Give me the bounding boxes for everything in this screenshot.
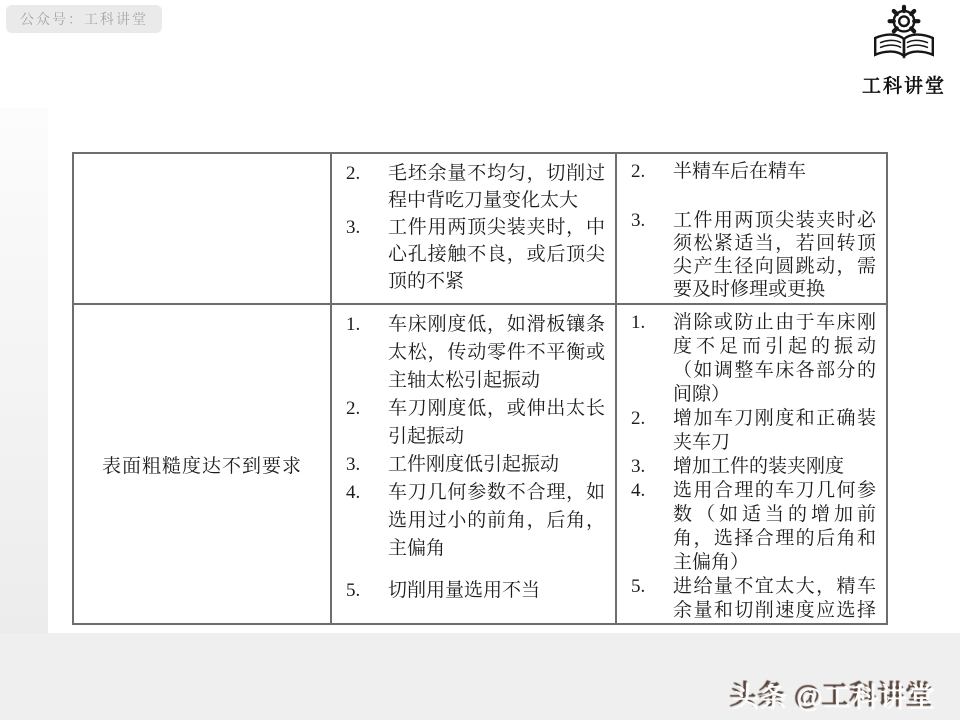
- table-cell-problem-row1: [74, 154, 330, 303]
- list-number: 3.: [631, 209, 673, 301]
- table-cell-remedies-row2: 1. 消除或防止由于车床刚度不足而引起的振动（如调整车床各部分的间隙） 2. 增…: [615, 303, 886, 623]
- list-text: 工件刚度低引起振动: [388, 451, 605, 479]
- table-cell-problem-row2: 表面粗糙度达不到要求: [74, 303, 330, 623]
- list-text: 车刀几何参数不合理，如选用过小的前角，后角，主偏角: [388, 479, 605, 563]
- list-number: 4.: [346, 479, 388, 563]
- list-text: 选用合理的车刀几何参数（如适当的增加前角，选择合理的后角和主偏角）: [673, 479, 876, 575]
- slide-canvas: 公众号：工科讲堂: [0, 0, 960, 720]
- cause-item: 3. 工件刚度低引起振动: [346, 451, 605, 479]
- list-number: 1.: [346, 311, 388, 395]
- remedy-item: 4. 选用合理的车刀几何参数（如适当的增加前角，选择合理的后角和主偏角）: [631, 479, 876, 575]
- list-number: 5.: [631, 575, 673, 623]
- list-number: 3.: [346, 214, 388, 295]
- toutiao-watermark: 头条 @工科讲堂: [732, 676, 936, 715]
- list-text: 工件用两顶尖装夹时必须松紧适当，若回转顶尖产生径向圆跳动，需要及时修理或更换: [673, 209, 876, 301]
- list-text: 车床刚度低，如滑板镶条太松，传动零件不平衡或主轴太松引起振动: [388, 311, 605, 395]
- cause-item: 1. 车床刚度低，如滑板镶条太松，传动零件不平衡或主轴太松引起振动: [346, 311, 605, 395]
- list-number: 2.: [631, 407, 673, 455]
- list-text: 增加车刀刚度和正确装夹车刀: [673, 407, 876, 455]
- brand-logo: 工科讲堂: [856, 2, 952, 98]
- list-text: 切削用量选用不当: [388, 577, 605, 605]
- wechat-account-badge: 公众号：工科讲堂: [6, 5, 162, 33]
- remedy-item: 2. 增加车刀刚度和正确装夹车刀: [631, 407, 876, 455]
- list-text: 增加工件的装夹刚度: [673, 455, 876, 479]
- list-text: 半精车后在精车: [673, 160, 876, 183]
- list-number: 2.: [631, 160, 673, 183]
- remedy-item: 3. 工件用两顶尖装夹时必须松紧适当，若回转顶尖产生径向圆跳动，需要及时修理或更…: [631, 209, 876, 301]
- list-text: 车刀刚度低，或伸出太长引起振动: [388, 395, 605, 451]
- remedy-item: 1. 消除或防止由于车床刚度不足而引起的振动（如调整车床各部分的间隙）: [631, 311, 876, 407]
- table-cell-remedies-row1: 2. 半精车后在精车 3. 工件用两顶尖装夹时必须松紧适当，若回转顶尖产生径向圆…: [615, 154, 886, 303]
- list-number: 5.: [346, 577, 388, 605]
- cause-item: 3. 工件用两顶尖装夹时，中心孔接触不良，或后顶尖顶的不紧: [346, 214, 605, 295]
- list-text: 消除或防止由于车床刚度不足而引起的振动（如调整车床各部分的间隙）: [673, 311, 876, 407]
- troubleshooting-table: 2. 毛坯余量不均匀，切削过程中背吃刀量变化太大 3. 工件用两顶尖装夹时，中心…: [72, 152, 888, 625]
- gear-book-icon: [868, 2, 940, 68]
- cause-item: 2. 毛坯余量不均匀，切削过程中背吃刀量变化太大: [346, 160, 605, 214]
- list-number: 1.: [631, 311, 673, 407]
- left-margin-strip: [0, 108, 48, 635]
- list-number: 2.: [346, 395, 388, 451]
- remedy-item: 3. 增加工件的装夹刚度: [631, 455, 876, 479]
- cause-item: 4. 车刀几何参数不合理，如选用过小的前角，后角，主偏角: [346, 479, 605, 563]
- list-number: 2.: [346, 160, 388, 214]
- brand-logo-text: 工科讲堂: [856, 71, 952, 98]
- cause-item: 5. 切削用量选用不当: [346, 577, 605, 605]
- list-text: 工件用两顶尖装夹时，中心孔接触不良，或后顶尖顶的不紧: [388, 214, 605, 295]
- list-number: 3.: [631, 455, 673, 479]
- remedy-item: 5. 进给量不宜太大，精车余量和切削速度应选择适当: [631, 575, 876, 623]
- list-text: 进给量不宜太大，精车余量和切削速度应选择适当: [673, 575, 876, 623]
- list-number: 3.: [346, 451, 388, 479]
- list-number: 4.: [631, 479, 673, 575]
- table-cell-causes-row2: 1. 车床刚度低，如滑板镶条太松，传动零件不平衡或主轴太松引起振动 2. 车刀刚…: [330, 303, 615, 623]
- remedy-item: 2. 半精车后在精车: [631, 160, 876, 183]
- list-text: 毛坯余量不均匀，切削过程中背吃刀量变化太大: [388, 160, 605, 214]
- cause-item: 2. 车刀刚度低，或伸出太长引起振动: [346, 395, 605, 451]
- table-cell-causes-row1: 2. 毛坯余量不均匀，切削过程中背吃刀量变化太大 3. 工件用两顶尖装夹时，中心…: [330, 154, 615, 303]
